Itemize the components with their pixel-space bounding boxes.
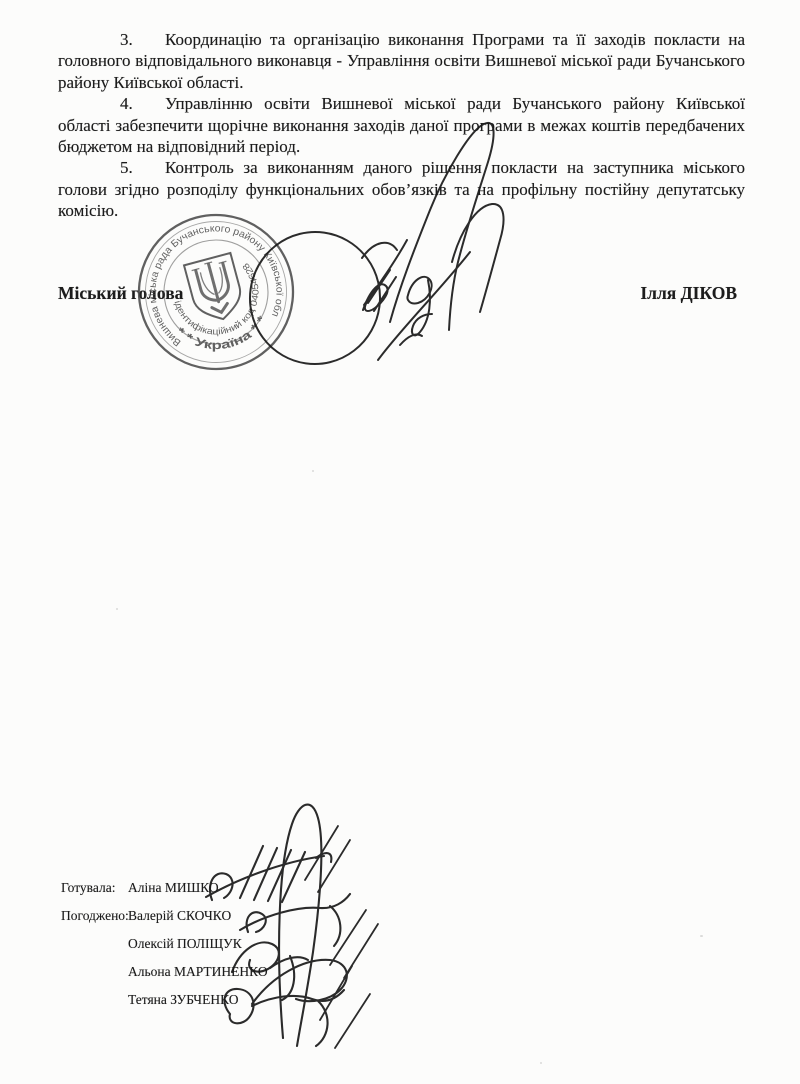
approval-row: Альона МАРТИНЕНКО (61, 964, 268, 992)
scan-speck (627, 128, 629, 130)
signatory-name: Ілля ДІКОВ (640, 283, 737, 304)
mayor-signature-line: Міський голова Ілля ДІКОВ (58, 283, 737, 304)
approval-name: Валерій СКОЧКО (128, 908, 231, 923)
scan-speck (116, 608, 118, 610)
approval-label: Готувала: (61, 880, 128, 896)
stamp-bottom-text: * * Україна * * (172, 302, 275, 363)
paragraph-3-number: 3. (120, 29, 165, 50)
approval-name: Аліна МИШКО (128, 880, 219, 895)
approval-block: Готувала:Аліна МИШКО Погоджено:Валерій С… (61, 880, 268, 1020)
document-body: 3.Координацію та організацію виконання П… (58, 29, 745, 222)
approval-row: Тетяна ЗУБЧЕНКО (61, 992, 268, 1020)
approval-row: Олексій ПОЛІЩУК (61, 936, 268, 964)
approval-label: Погоджено: (61, 908, 128, 924)
scan-speck (700, 935, 703, 937)
paragraph-4-number: 4. (120, 93, 165, 114)
paragraph-3: 3.Координацію та організацію виконання П… (58, 29, 745, 93)
paragraph-5-number: 5. (120, 157, 165, 178)
signatory-title: Міський голова (58, 283, 183, 304)
approval-name: Тетяна ЗУБЧЕНКО (128, 992, 239, 1007)
approval-row: Готувала:Аліна МИШКО (61, 880, 268, 908)
scan-speck (540, 1062, 542, 1064)
paragraph-5: 5.Контроль за виконанням даного рішення … (58, 157, 745, 221)
approval-row: Погоджено:Валерій СКОЧКО (61, 908, 268, 936)
scanned-document-page: 3.Координацію та організацію виконання П… (0, 0, 800, 1084)
approval-name: Олексій ПОЛІЩУК (128, 936, 242, 951)
paragraph-4: 4.Управлінню освіти Вишневої міської рад… (58, 93, 745, 157)
approval-name: Альона МАРТИНЕНКО (128, 964, 268, 979)
scan-speck (312, 470, 314, 472)
